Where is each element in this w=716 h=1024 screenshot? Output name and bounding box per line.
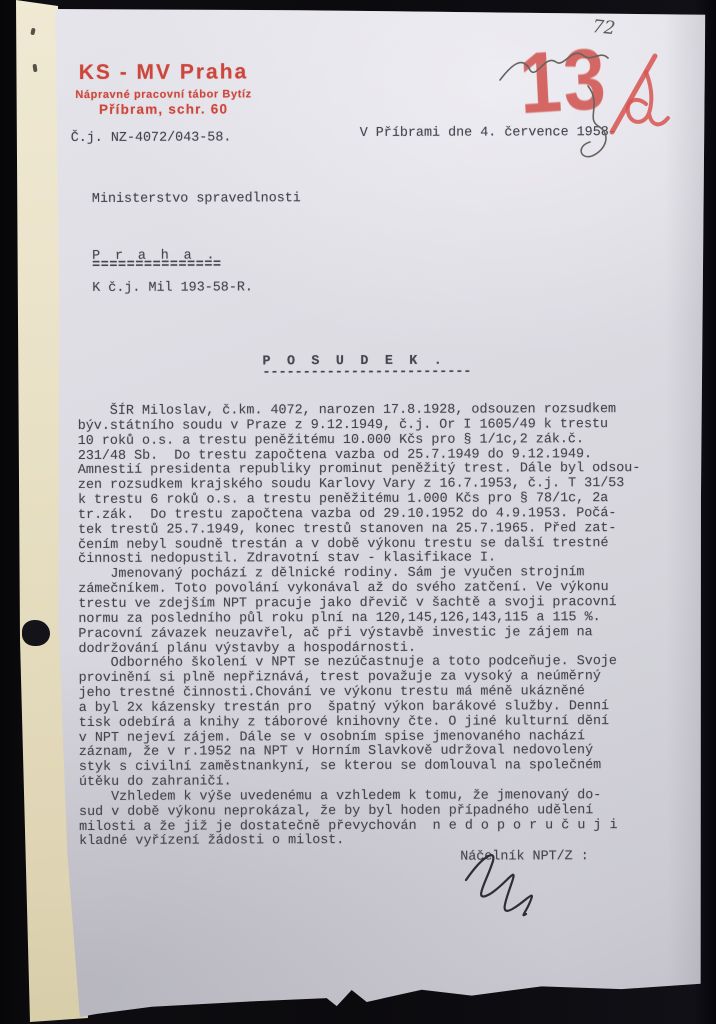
pencil-note: 72 [591,16,616,39]
document-body: ŠÍR Miloslav, č.km. 4072, narozen 17.8.1… [78,403,642,850]
signature-label: Náčelník NPT/Z : [460,850,589,865]
body-line: kladné vyřízení žádosti o milost. [79,833,642,850]
body-line: Pracovní závazek neuzavřel, ač při výsta… [78,626,641,643]
body-line: styk s civilní zaměstnankyní, se kterou … [79,759,642,776]
letterhead-org-name: KS - MV Praha [56,60,270,85]
addressee-ministry: Ministerstvo spravedlnosti [92,192,301,208]
case-reference: K č.j. Mil 193-58-R. [92,281,253,296]
reference-number: Č.j. NZ-4072/043-58. [71,131,232,146]
paper-sheet: KS - MV Praha Nápravné pracovní tábor By… [0,0,716,1024]
corner-stamp-number: 13 [517,36,609,127]
letterhead-org-unit: Nápravné pracovní tábor Bytíz [57,87,271,102]
addressee-city-underline: =============== [92,258,222,273]
punch-hole [22,620,50,646]
title-underline: -------------------------- [262,366,471,382]
letterhead-stamp: KS - MV Praha Nápravné pracovní tábor By… [56,60,270,118]
letterhead-org-address: Příbram, schr. 60 [57,101,271,118]
